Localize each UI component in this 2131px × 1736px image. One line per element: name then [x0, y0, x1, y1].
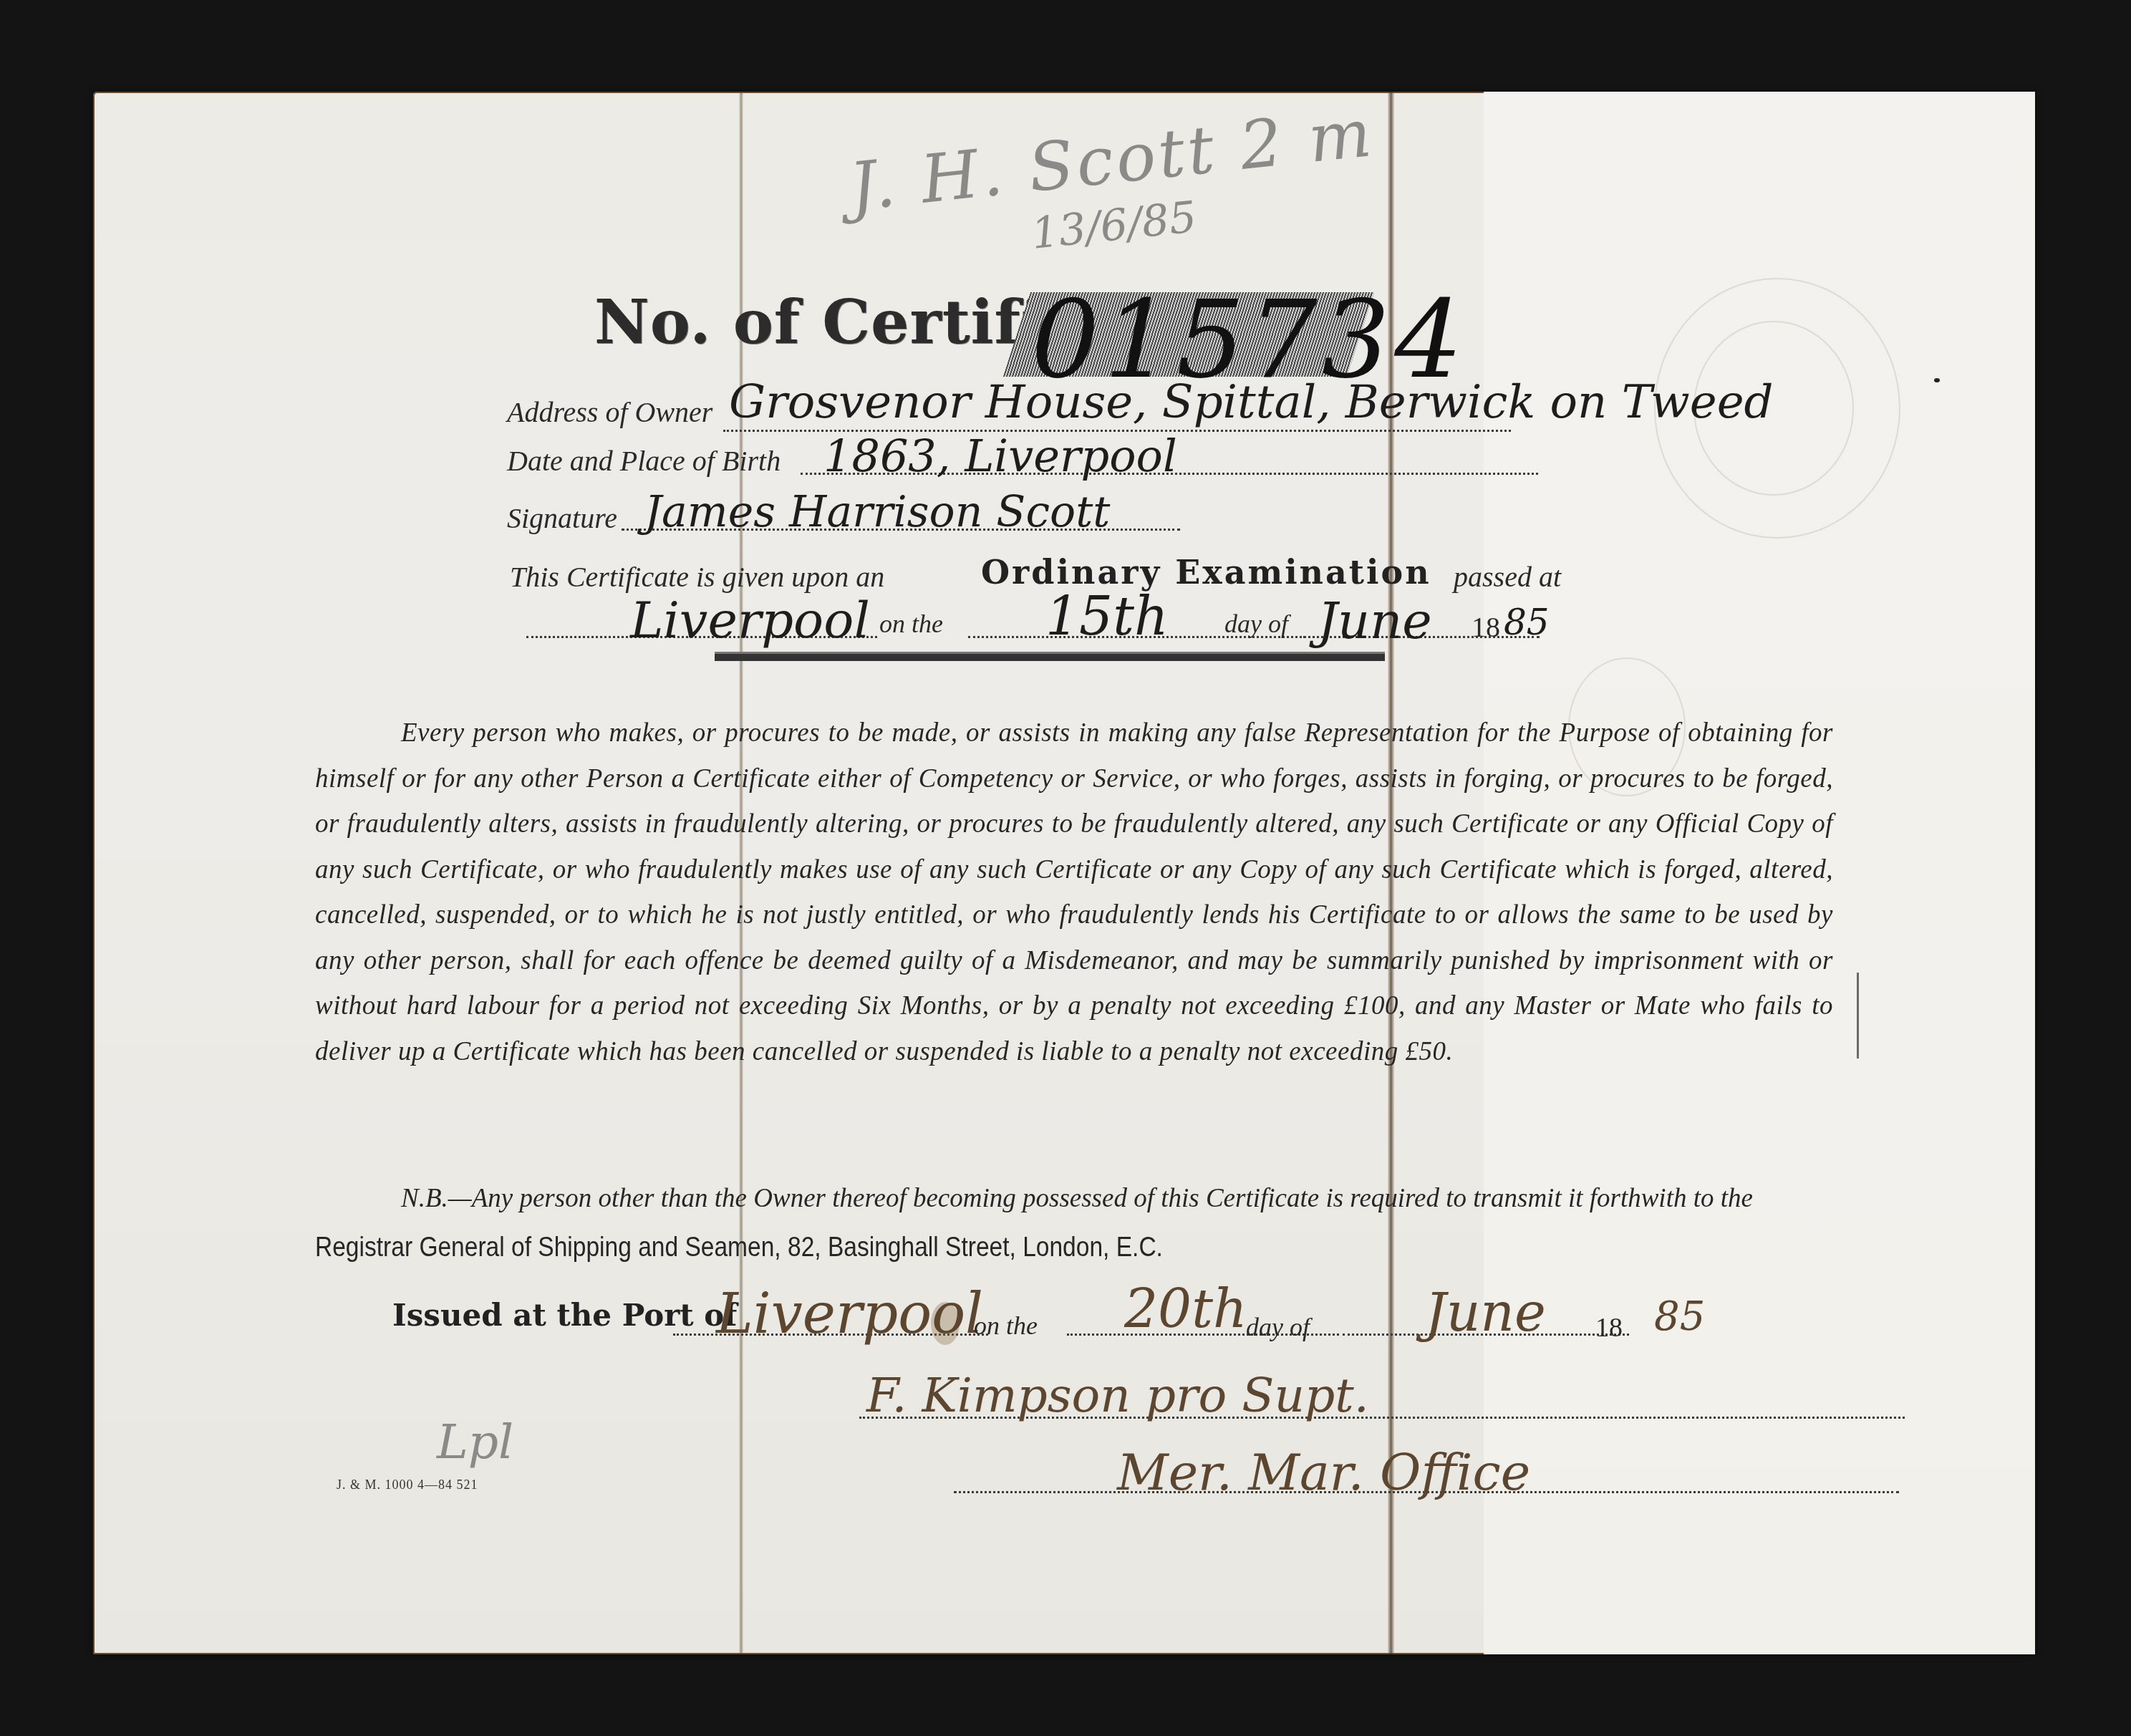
birth-label: Date and Place of Birth — [507, 445, 781, 477]
address-label: Address of Owner — [507, 396, 712, 428]
paper-notch — [1857, 973, 1859, 1059]
birth-row: Date and Place of Birth — [507, 444, 781, 478]
examination-prefix: This Certificate is given upon an — [510, 561, 884, 593]
birth-value: 1863, Liverpool — [823, 430, 1177, 482]
issued-label: Issued at the Port of — [392, 1298, 737, 1333]
signature-value: James Harrison Scott — [644, 487, 1110, 537]
issuing-office: Mer. Mar. Office — [1117, 1443, 1530, 1502]
issued-port: Liverpool — [716, 1282, 983, 1346]
exam-month: June — [1318, 592, 1432, 650]
signatory: F. Kimpson pro Supt. — [866, 1368, 1369, 1423]
nb-paragraph: N.B.—Any person other than the Owner the… — [315, 1175, 1833, 1273]
examination-suffix-wrap: passed at — [1454, 560, 1561, 594]
exam-year-prefix: 18 — [1472, 610, 1500, 644]
address-row: Address of Owner — [507, 395, 712, 429]
exam-day-of-label: day of — [1224, 609, 1288, 639]
exam-year-suffix: 85 — [1504, 602, 1550, 643]
exam-place: Liverpool — [630, 591, 870, 650]
issued-year-suffix: 85 — [1654, 1293, 1705, 1340]
signature-label: Signature — [507, 502, 617, 534]
warning-paragraph: Every person who makes, or procures to b… — [315, 710, 1833, 1074]
warning-text: Every person who makes, or procures to b… — [315, 718, 1833, 1066]
examination-suffix: passed at — [1454, 561, 1561, 593]
exam-on-the-label: on the — [879, 609, 943, 639]
margin-pencil-note: Lpl — [437, 1414, 513, 1470]
issued-day: 20th — [1124, 1278, 1247, 1340]
nb-registrar-address: Registrar General of Shipping and Seamen… — [315, 1223, 1163, 1272]
issued-year-prefix: 18 — [1595, 1312, 1623, 1344]
nb-italic-text: N.B.—Any person other than the Owner the… — [401, 1184, 1753, 1213]
ink-dot — [1934, 378, 1940, 382]
issued-on-the-label: on the — [974, 1311, 1038, 1341]
address-value: Grosvenor House, Spittal, Berwick on Twe… — [729, 376, 1774, 429]
signature-row: Signature — [507, 501, 617, 535]
examination-row: This Certificate is given upon an — [510, 560, 884, 594]
printer-mark: J. & M. 1000 4—84 521 — [337, 1477, 478, 1493]
section-divider-bar — [715, 652, 1385, 661]
issued-day-of-label: day of — [1246, 1312, 1310, 1342]
exam-day: 15th — [1045, 586, 1169, 647]
issued-month: June — [1425, 1282, 1546, 1344]
